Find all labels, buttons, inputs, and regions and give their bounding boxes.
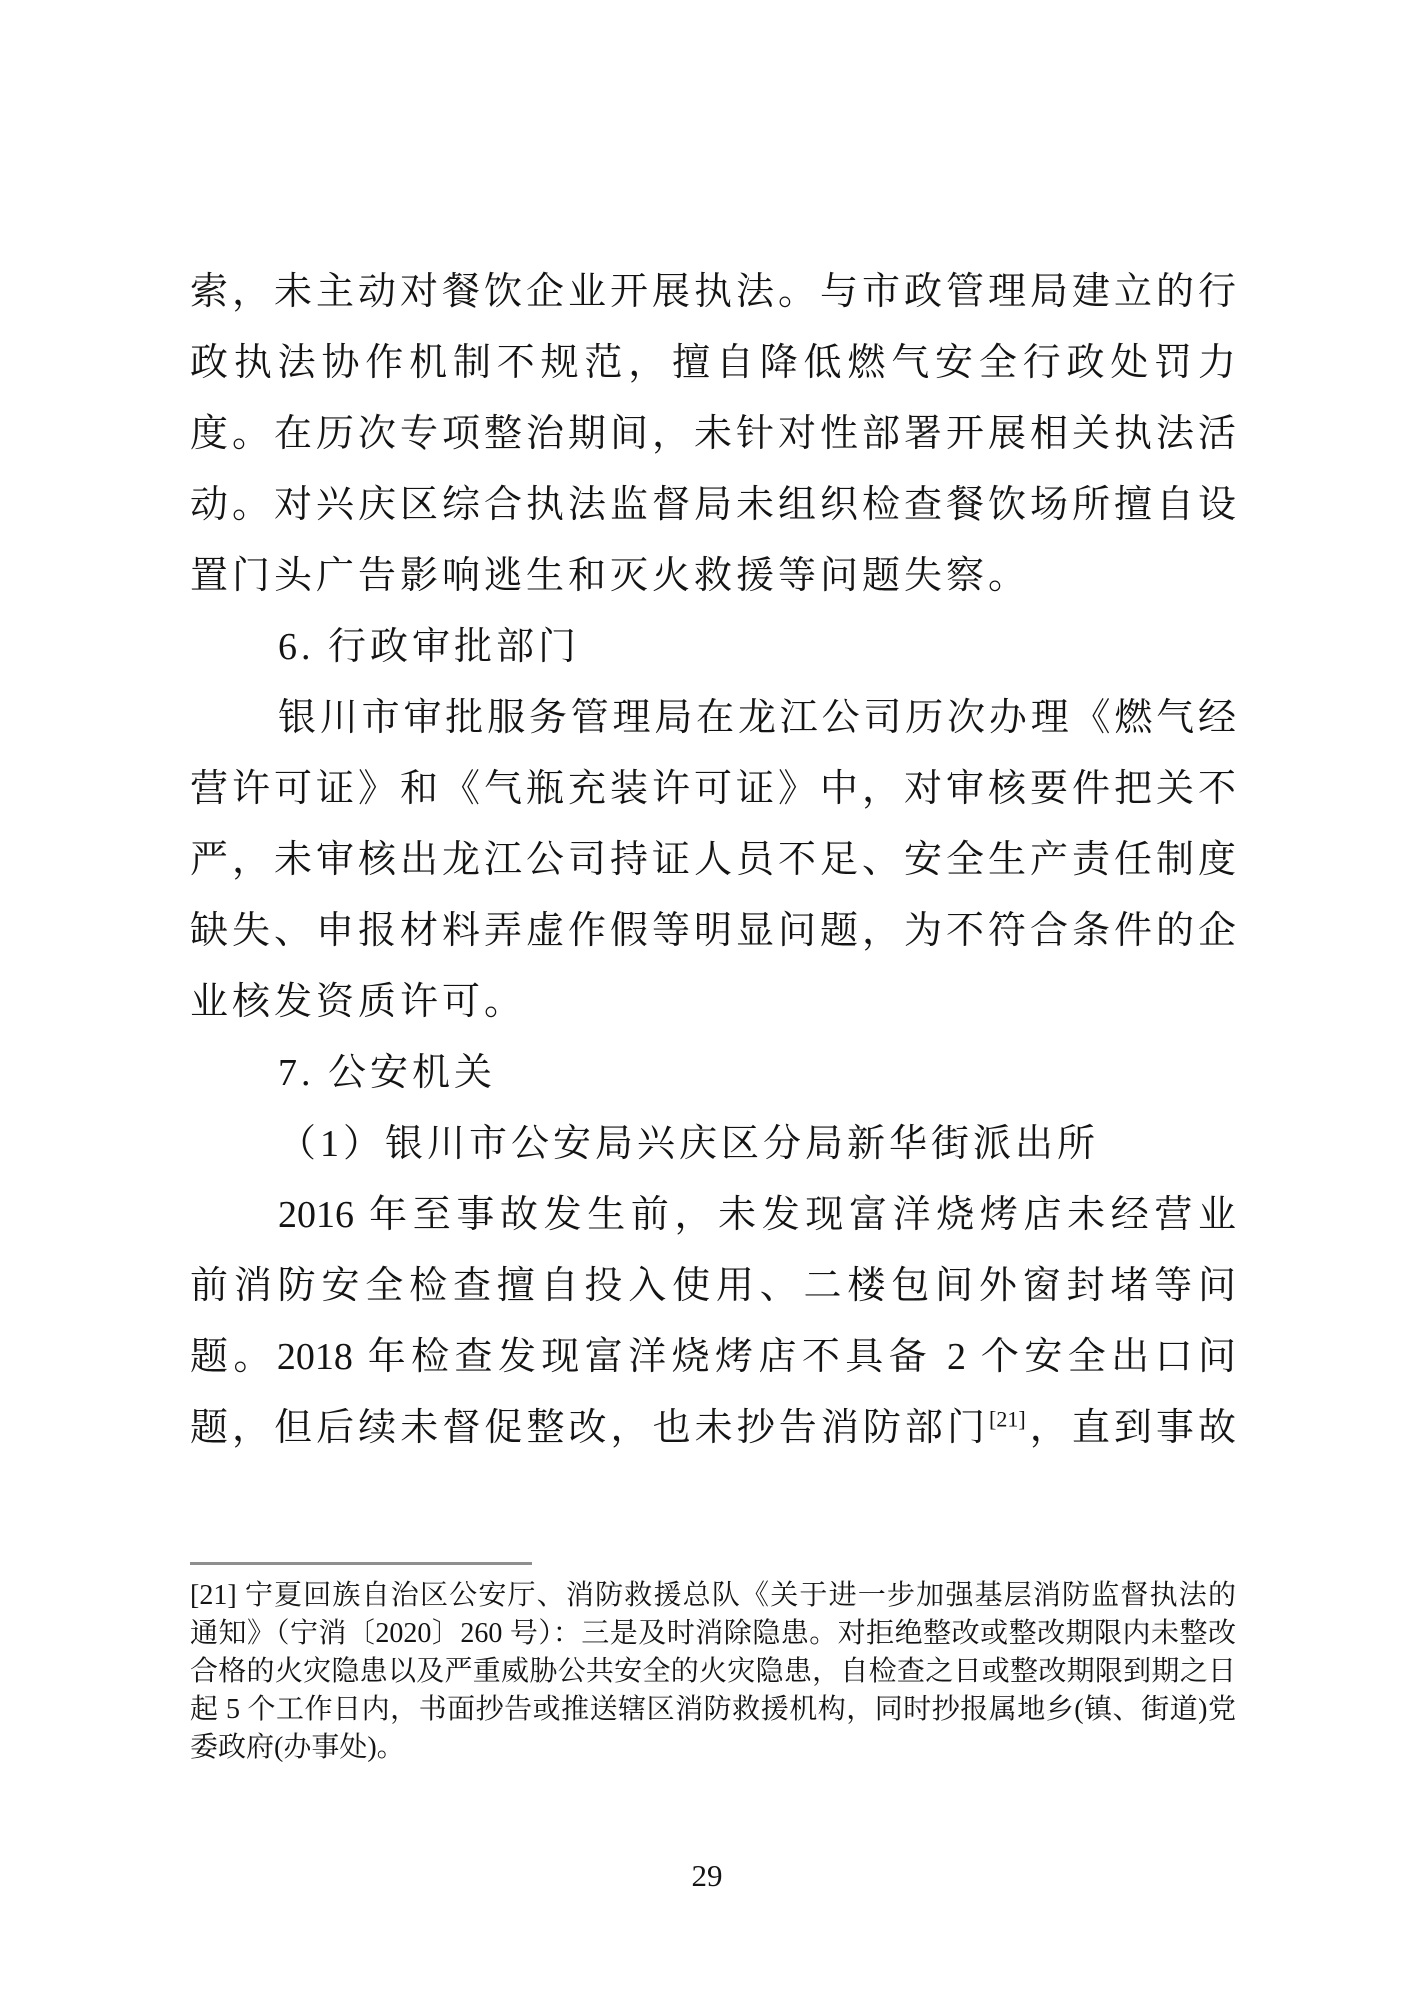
body-text: 索，未主动对餐饮企业开展执法。与市政管理局建立的行政执法协作机制不规范，擅自降低… <box>190 257 1236 1464</box>
text-line: 缺失、申报材料弄虚作假等明显问题，为不符合条件的企 <box>190 896 1236 967</box>
page-number: 29 <box>0 1858 1414 1894</box>
text-line: 度。在历次专项整治期间，未针对性部署开展相关执法活 <box>190 399 1236 470</box>
text-segment: 题，但后续未督促整改，也未抄告消防部门 <box>190 1407 989 1449</box>
text-line: 置门头广告影响逃生和灭火救援等问题失察。 <box>190 541 1236 612</box>
footnote-line: 起 5 个工作日内，书面抄告或推送辖区消防救援机构，同时抄报属地乡(镇、街道)党 <box>190 1691 1236 1729</box>
footnote-line: 合格的火灾隐患以及严重威胁公共安全的火灾隐患，自检查之日或整改期限到期之日 <box>190 1653 1236 1691</box>
text-segment: ，直到事故 <box>1026 1407 1236 1449</box>
text-line: 营许可证》和《气瓶充装许可证》中，对审核要件把关不 <box>190 754 1236 825</box>
footnote-line: 通知》（宁消〔2020〕260 号）：三是及时消除隐患。对拒绝整改或整改期限内未… <box>190 1615 1236 1653</box>
footnote: [21] 宁夏回族自治区公安厅、消防救援总队《关于进一步加强基层消防监督执法的通… <box>190 1577 1236 1767</box>
section-heading: （1）银川市公安局兴庆区分局新华街派出所 <box>190 1109 1236 1180</box>
text-line: 题，但后续未督促整改，也未抄告消防部门[21]，直到事故 <box>190 1393 1236 1464</box>
document-page: 索，未主动对餐饮企业开展执法。与市政管理局建立的行政执法协作机制不规范，擅自降低… <box>0 0 1414 2000</box>
section-heading: 6. 行政审批部门 <box>190 612 1236 683</box>
text-line: 严，未审核出龙江公司持证人员不足、安全生产责任制度 <box>190 825 1236 896</box>
text-line: 业核发资质许可。 <box>190 967 1236 1038</box>
text-line: 2016 年至事故发生前，未发现富洋烧烤店未经营业 <box>190 1180 1236 1251</box>
footnote-line: [21] 宁夏回族自治区公安厅、消防救援总队《关于进一步加强基层消防监督执法的 <box>190 1577 1236 1615</box>
section-heading: 7. 公安机关 <box>190 1038 1236 1109</box>
text-line: 题。2018 年检查发现富洋烧烤店不具备 2 个安全出口问 <box>190 1322 1236 1393</box>
text-line: 动。对兴庆区综合执法监督局未组织检查餐饮场所擅自设 <box>190 470 1236 541</box>
text-line: 索，未主动对餐饮企业开展执法。与市政管理局建立的行 <box>190 257 1236 328</box>
footnote-reference: [21] <box>989 1406 1026 1431</box>
text-line: 政执法协作机制不规范，擅自降低燃气安全行政处罚力 <box>190 328 1236 399</box>
text-line: 前消防安全检查擅自投入使用、二楼包间外窗封堵等问 <box>190 1251 1236 1322</box>
footnote-line: 委政府(办事处)。 <box>190 1729 1236 1767</box>
footnote-separator <box>190 1562 532 1565</box>
text-line: 银川市审批服务管理局在龙江公司历次办理《燃气经 <box>190 683 1236 754</box>
